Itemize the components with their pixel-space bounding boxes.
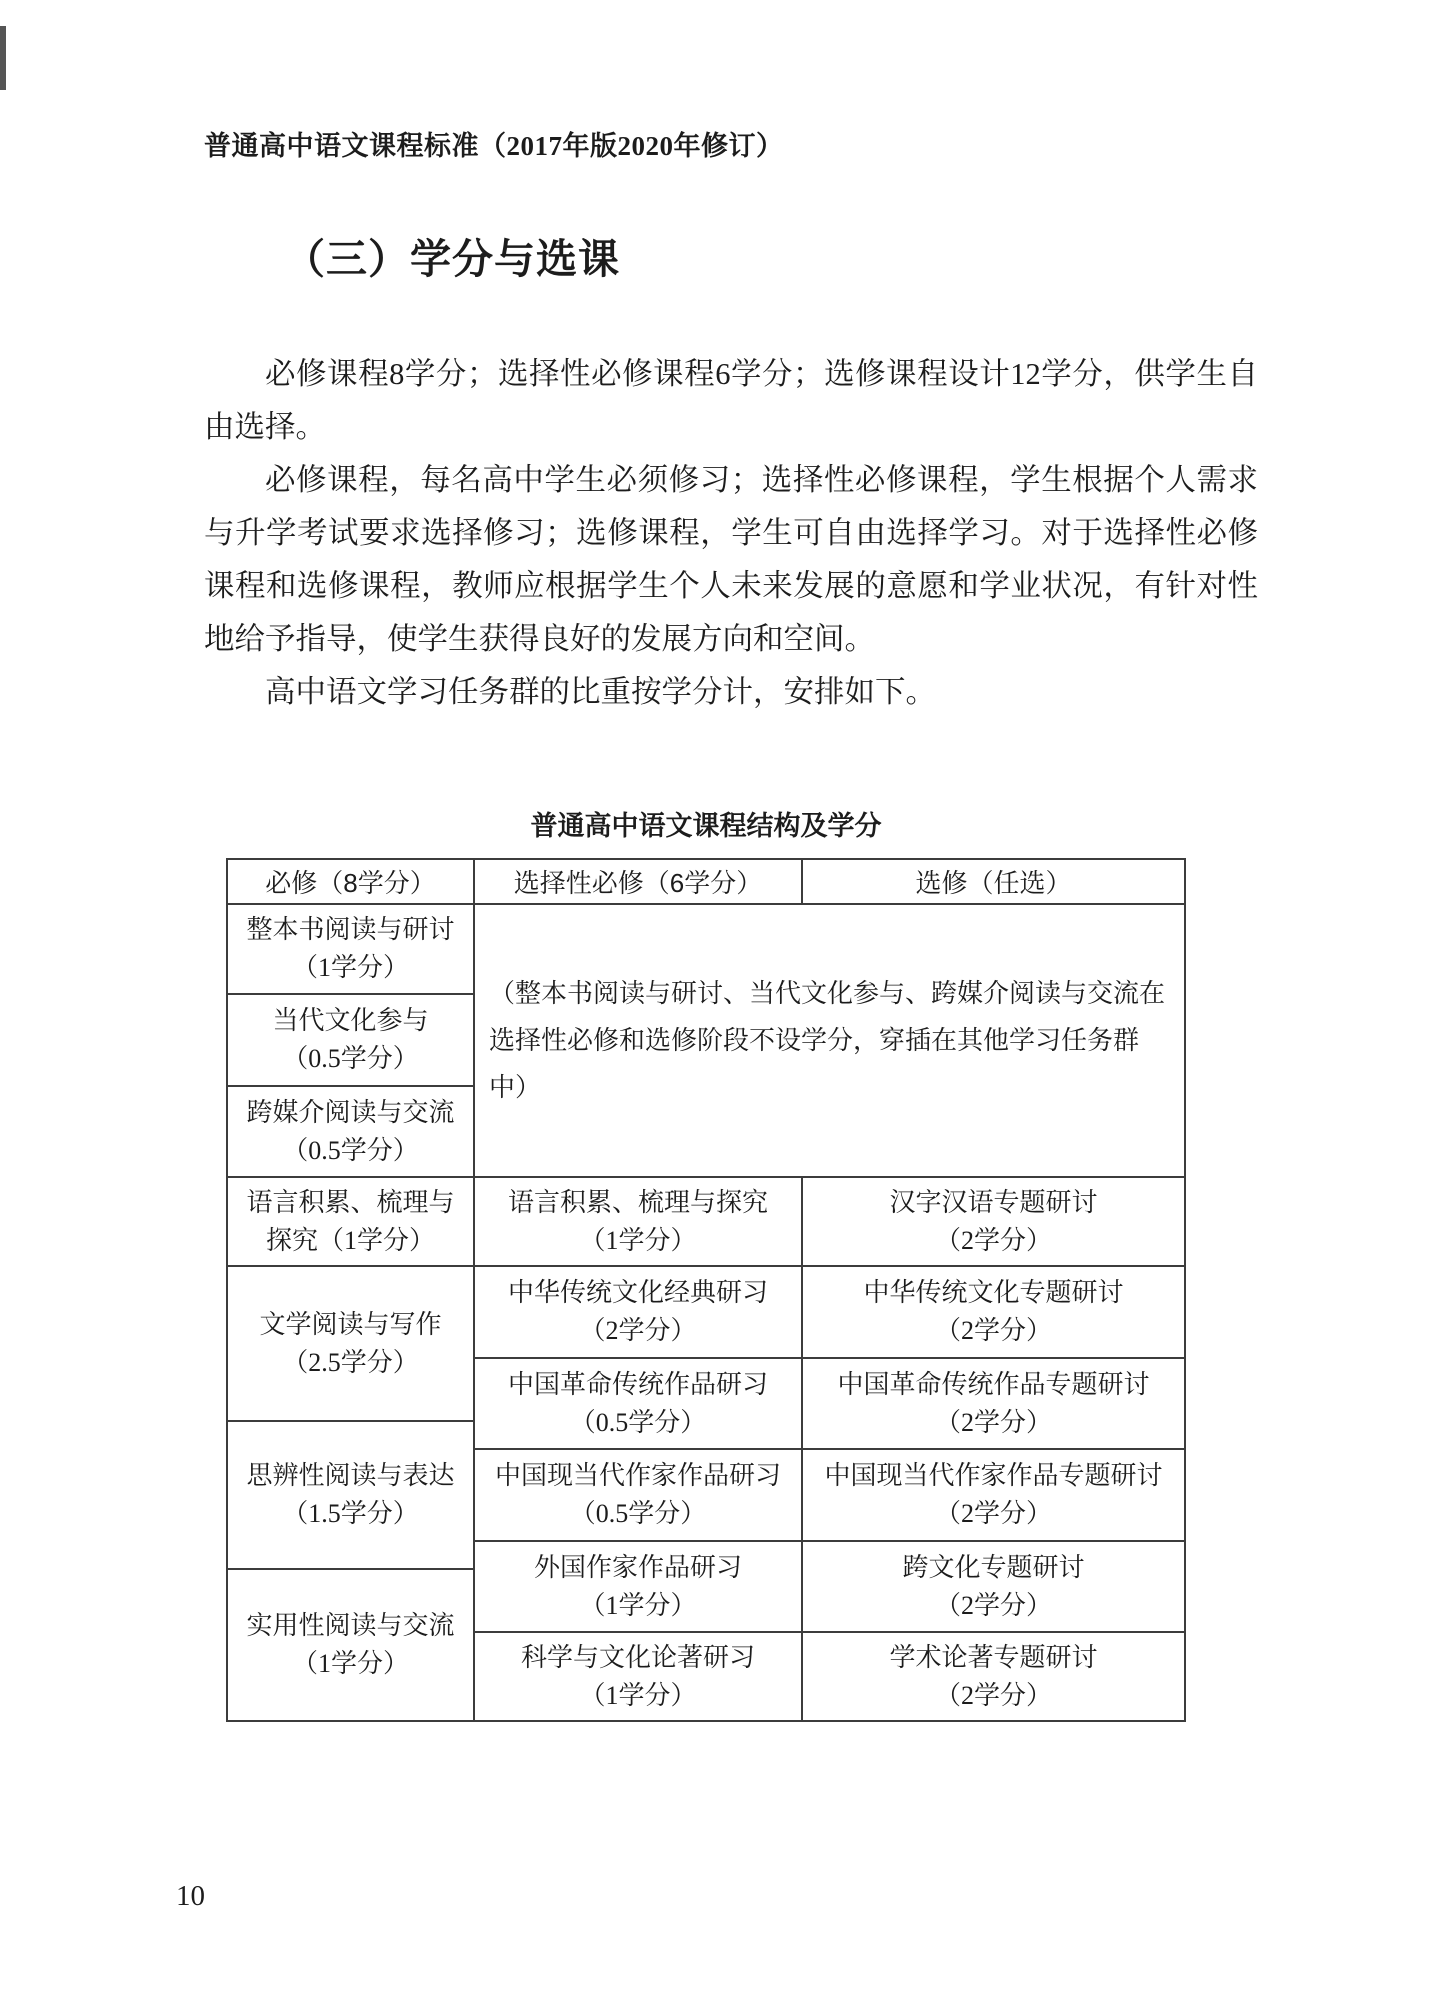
optional-course-cell: 学术论著专题研讨（2学分）: [803, 1633, 1184, 1720]
required-course-cell: 思辨性阅读与表达（1.5学分）: [228, 1422, 475, 1570]
optional-course-line: 中华传统文化专题研讨: [863, 1274, 1123, 1312]
course-structure-table: 必修（8学分） 选择性必修（6学分） 选修（任选） 整本书阅读与研讨（1学分）当…: [226, 858, 1186, 1722]
required-course-line: （2.5学分）: [282, 1344, 419, 1382]
selective-course-cell: 外国作家作品研习（1学分）: [475, 1542, 803, 1631]
body-paragraph-1: 必修课程8学分；选择性必修课程6学分；选修课程设计12学分，供学生自由选择。: [204, 348, 1258, 454]
page-header-title: 普通高中语文课程标准（2017年版2020年修订）: [204, 124, 784, 163]
required-course-line: 思辨性阅读与表达: [246, 1457, 454, 1495]
table-note-cell: （整本书阅读与研讨、当代文化参与、跨媒介阅读与交流在选择性必修和选修阶段不设学分…: [475, 905, 1184, 1178]
selective-course-line: 语言积累、梳理与探究: [508, 1184, 768, 1222]
required-course-cell: 跨媒介阅读与交流（0.5学分）: [228, 1087, 475, 1178]
selective-course-line: （0.5学分）: [570, 1404, 707, 1442]
body-paragraph-3: 高中语文学习任务群的比重按学分计，安排如下。: [204, 666, 1258, 719]
selective-course-cell: 中华传统文化经典研习（2学分）: [475, 1267, 803, 1357]
required-course-line: （0.5学分）: [282, 1132, 419, 1170]
table-row: 语言积累、梳理与探究（1学分）汉字汉语专题研讨（2学分）: [475, 1178, 1184, 1267]
table-header-required: 必修（8学分）: [228, 860, 475, 905]
required-course-cell: 语言积累、梳理与探究（1学分）: [228, 1178, 475, 1267]
table-header-optional: 选修（任选）: [803, 860, 1184, 905]
optional-course-line: 中国现当代作家作品专题研讨: [824, 1457, 1162, 1495]
selective-course-line: 中国现当代作家作品研习: [495, 1457, 781, 1495]
optional-course-cell: 汉字汉语专题研讨（2学分）: [803, 1178, 1184, 1265]
selective-course-line: 中国革命传统作品研习: [508, 1366, 768, 1404]
required-course-line: 文学阅读与写作: [259, 1306, 441, 1344]
optional-course-line: （2学分）: [935, 1587, 1052, 1625]
table-body: 整本书阅读与研讨（1学分）当代文化参与（0.5学分）跨媒介阅读与交流（0.5学分…: [228, 905, 1184, 1720]
optional-course-line: 跨文化专题研讨: [902, 1549, 1084, 1587]
required-course-cell: 整本书阅读与研讨（1学分）: [228, 905, 475, 995]
required-course-line: 跨媒介阅读与交流: [246, 1094, 454, 1132]
required-course-line: 当代文化参与: [272, 1002, 428, 1040]
selective-course-cell: 中国革命传统作品研习（0.5学分）: [475, 1359, 803, 1448]
table-header-selective: 选择性必修（6学分）: [475, 860, 803, 905]
optional-course-cell: 跨文化专题研讨（2学分）: [803, 1542, 1184, 1631]
required-course-line: 实用性阅读与交流: [246, 1607, 454, 1645]
table-row: 中华传统文化经典研习（2学分）中华传统文化专题研讨（2学分）: [475, 1267, 1184, 1359]
required-course-cell: 实用性阅读与交流（1学分）: [228, 1570, 475, 1720]
required-course-cell: 文学阅读与写作（2.5学分）: [228, 1267, 475, 1422]
selective-course-line: （2学分）: [579, 1312, 696, 1350]
selective-course-cell: 科学与文化论著研习（1学分）: [475, 1633, 803, 1720]
required-course-line: （1.5学分）: [282, 1495, 419, 1533]
required-course-line: 整本书阅读与研讨: [246, 911, 454, 949]
table-row: 中国革命传统作品研习（0.5学分）中国革命传统作品专题研讨（2学分）: [475, 1359, 1184, 1450]
optional-course-line: （2学分）: [935, 1677, 1052, 1715]
section-title: （三）学分与选课: [284, 226, 620, 285]
required-course-line: （0.5学分）: [282, 1040, 419, 1078]
selective-course-line: 外国作家作品研习: [534, 1549, 742, 1587]
optional-course-line: 中国革命传统作品专题研讨: [837, 1366, 1149, 1404]
body-paragraph-2: 必修课程，每名高中学生必须修习；选择性必修课程，学生根据个人需求与升学考试要求选…: [204, 454, 1258, 666]
selective-course-cell: 语言积累、梳理与探究（1学分）: [475, 1178, 803, 1265]
selective-course-line: 中华传统文化经典研习: [508, 1274, 768, 1312]
required-course-line: 探究（1学分）: [266, 1222, 435, 1260]
selective-course-line: （1学分）: [579, 1222, 696, 1260]
page-number: 10: [176, 1880, 205, 1913]
required-course-line: （1学分）: [292, 1645, 409, 1683]
elective-area: （整本书阅读与研讨、当代文化参与、跨媒介阅读与交流在选择性必修和选修阶段不设学分…: [475, 905, 1184, 1720]
required-course-line: （1学分）: [292, 949, 409, 987]
optional-course-cell: 中国革命传统作品专题研讨（2学分）: [803, 1359, 1184, 1448]
selective-course-line: （0.5学分）: [570, 1495, 707, 1533]
elective-rows: 语言积累、梳理与探究（1学分）汉字汉语专题研讨（2学分）中华传统文化经典研习（2…: [475, 1178, 1184, 1720]
scan-artifact: [0, 26, 6, 90]
body-text: 必修课程8学分；选择性必修课程6学分；选修课程设计12学分，供学生自由选择。 必…: [204, 348, 1258, 719]
selective-course-cell: 中国现当代作家作品研习（0.5学分）: [475, 1450, 803, 1540]
selective-course-line: （1学分）: [579, 1587, 696, 1625]
optional-course-line: （2学分）: [935, 1404, 1052, 1442]
document-page: 普通高中语文课程标准（2017年版2020年修订） （三）学分与选课 必修课程8…: [0, 0, 1436, 2010]
optional-course-line: （2学分）: [935, 1222, 1052, 1260]
table-title: 普通高中语文课程结构及学分: [226, 804, 1186, 843]
optional-course-line: （2学分）: [935, 1312, 1052, 1350]
table-row: 中国现当代作家作品研习（0.5学分）中国现当代作家作品专题研讨（2学分）: [475, 1450, 1184, 1542]
required-column: 整本书阅读与研讨（1学分）当代文化参与（0.5学分）跨媒介阅读与交流（0.5学分…: [228, 905, 475, 1720]
optional-course-cell: 中华传统文化专题研讨（2学分）: [803, 1267, 1184, 1357]
selective-course-line: （1学分）: [579, 1677, 696, 1715]
optional-course-cell: 中国现当代作家作品专题研讨（2学分）: [803, 1450, 1184, 1540]
table-row: 外国作家作品研习（1学分）跨文化专题研讨（2学分）: [475, 1542, 1184, 1633]
table-row: 科学与文化论著研习（1学分）学术论著专题研讨（2学分）: [475, 1633, 1184, 1720]
table-header-row: 必修（8学分） 选择性必修（6学分） 选修（任选）: [228, 860, 1184, 905]
selective-course-line: 科学与文化论著研习: [521, 1639, 755, 1677]
optional-course-line: 汉字汉语专题研讨: [889, 1184, 1097, 1222]
required-course-line: 语言积累、梳理与: [246, 1184, 454, 1222]
optional-course-line: 学术论著专题研讨: [889, 1639, 1097, 1677]
required-course-cell: 当代文化参与（0.5学分）: [228, 995, 475, 1087]
optional-course-line: （2学分）: [935, 1495, 1052, 1533]
